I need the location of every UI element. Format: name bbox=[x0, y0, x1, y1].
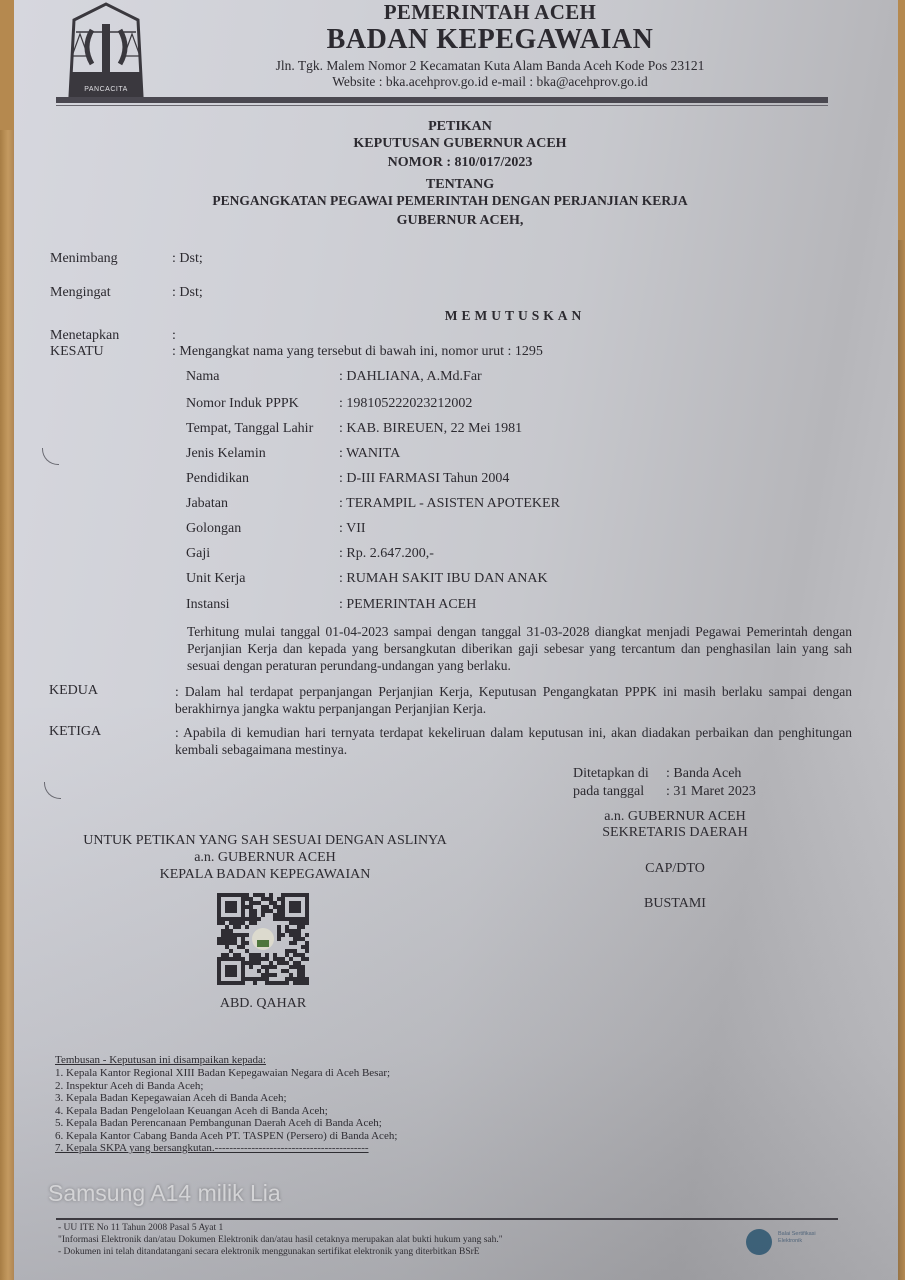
field-value: : KAB. BIREUEN, 22 Mei 1981 bbox=[339, 421, 522, 437]
decree-title: KEPUTUSAN GUBERNUR ACEH bbox=[260, 136, 660, 152]
decree-subject: PENGANGKATAN PEGAWAI PEMERINTAH DENGAN P… bbox=[140, 193, 760, 209]
government-name: PEMERINTAH ACEH bbox=[300, 0, 680, 25]
field-label: Pendidikan bbox=[186, 471, 249, 487]
kesatu-label: KESATU bbox=[50, 344, 104, 360]
field-value: : TERAMPIL - ASISTEN APOTEKER bbox=[339, 496, 560, 512]
field-label: Nomor Induk PPPK bbox=[186, 396, 299, 412]
agency-address: Jln. Tgk. Malem Nomor 2 Kecamatan Kuta A… bbox=[200, 58, 780, 74]
mengingat-value: : Dst; bbox=[172, 285, 203, 301]
field-label: Instansi bbox=[186, 597, 230, 613]
decree-number: NOMOR : 810/017/2023 bbox=[260, 155, 660, 171]
mengingat-label: Mengingat bbox=[50, 285, 111, 301]
qr-code-icon bbox=[217, 893, 309, 985]
logo-label: PANCACITA bbox=[62, 86, 150, 93]
field-label: Jabatan bbox=[186, 496, 228, 512]
stamp-note: CAP/DTO bbox=[580, 861, 770, 877]
date-label: pada tanggal bbox=[573, 784, 644, 800]
letterhead-divider-thin bbox=[56, 105, 828, 106]
ketiga-text: : Apabila di kemudian hari ternyata terd… bbox=[175, 724, 852, 758]
field-label: Jenis Kelamin bbox=[186, 446, 266, 462]
field-value: : WANITA bbox=[339, 446, 400, 462]
bsre-logo-text: Balai Sertifikasi Elektronik bbox=[778, 1231, 838, 1245]
right-on-behalf: a.n. GUBERNUR ACEH bbox=[580, 809, 770, 825]
cc-item: 7. Kepala SKPA yang bersangkutan.-------… bbox=[55, 1142, 369, 1155]
footer-divider bbox=[56, 1218, 838, 1220]
date-value: : 31 Maret 2023 bbox=[666, 784, 756, 800]
bsre-logo-icon bbox=[746, 1229, 772, 1255]
cc-item: 6. Kepala Kantor Cabang Banda Aceh PT. T… bbox=[55, 1130, 397, 1143]
menimbang-label: Menimbang bbox=[50, 251, 118, 267]
menetapkan-label: Menetapkan bbox=[50, 328, 119, 344]
field-label: Unit Kerja bbox=[186, 571, 245, 587]
memutuskan-heading: MEMUTUSKAN bbox=[260, 308, 770, 324]
field-label: Nama bbox=[186, 369, 219, 385]
camera-watermark: Samsung A14 milik Lia bbox=[48, 1180, 281, 1207]
cc-item: 5. Kepala Badan Perencanaan Pembangunan … bbox=[55, 1117, 382, 1130]
menimbang-value: : Dst; bbox=[172, 251, 203, 267]
right-position: SEKRETARIS DAERAH bbox=[580, 825, 770, 841]
cc-heading: Tembusan - Keputusan ini disampaikan kep… bbox=[55, 1054, 266, 1067]
field-label: Golongan bbox=[186, 521, 241, 537]
decree-issuer: GUBERNUR ACEH, bbox=[260, 213, 660, 229]
footer-esign-note: - Dokumen ini telah ditandatangani secar… bbox=[58, 1247, 480, 1257]
footer-quote: "Informasi Elektronik dan/atau Dokumen E… bbox=[58, 1235, 503, 1245]
kedua-text: : Dalam hal terdapat perpanjangan Perjan… bbox=[175, 683, 852, 717]
agency-name: BADAN KEPEGAWAIAN bbox=[260, 24, 720, 56]
kesatu-paragraph: Terhitung mulai tanggal 01-04-2023 sampa… bbox=[187, 623, 852, 674]
field-value: : VII bbox=[339, 521, 366, 537]
cc-item: 2. Inspektur Aceh di Banda Aceh; bbox=[55, 1080, 203, 1093]
right-signer-name: BUSTAMI bbox=[580, 896, 770, 912]
place-value: : Banda Aceh bbox=[666, 766, 741, 782]
ketiga-label: KETIGA bbox=[49, 724, 101, 740]
field-value: : PEMERINTAH ACEH bbox=[339, 597, 476, 613]
left-on-behalf: a.n. GUBERNUR ACEH bbox=[55, 850, 475, 866]
footer-law: - UU ITE No 11 Tahun 2008 Pasal 5 Ayat 1 bbox=[58, 1223, 223, 1233]
certification-statement: UNTUK PETIKAN YANG SAH SESUAI DENGAN ASL… bbox=[55, 833, 475, 849]
left-position: KEPALA BADAN KEPEGAWAIAN bbox=[55, 867, 475, 883]
field-value: : 198105222023212002 bbox=[339, 396, 472, 412]
agency-contact: Website : bka.acehprov.go.id e-mail : bk… bbox=[200, 74, 780, 90]
field-label: Tempat, Tanggal Lahir bbox=[186, 421, 313, 437]
tentang-label: TENTANG bbox=[260, 177, 660, 193]
field-value: : DAHLIANA, A.Md.Far bbox=[339, 369, 482, 385]
doc-type: PETIKAN bbox=[260, 119, 660, 135]
field-value: : D-III FARMASI Tahun 2004 bbox=[339, 471, 509, 487]
cc-item: 4. Kepala Badan Pengelolaan Keuangan Ace… bbox=[55, 1105, 328, 1118]
cc-item: 3. Kepala Badan Kepegawaian Aceh di Band… bbox=[55, 1092, 287, 1105]
field-value: : Rp. 2.647.200,- bbox=[339, 546, 434, 562]
pancacita-logo-icon: PANCACITA bbox=[62, 2, 150, 98]
field-value: : RUMAH SAKIT IBU DAN ANAK bbox=[339, 571, 548, 587]
place-label: Ditetapkan di bbox=[573, 766, 649, 782]
left-signer-name: ABD. QAHAR bbox=[163, 996, 363, 1012]
kesatu-text: : Mengangkat nama yang tersebut di bawah… bbox=[172, 344, 543, 360]
letterhead-divider bbox=[56, 97, 828, 103]
field-label: Gaji bbox=[186, 546, 210, 562]
menetapkan-colon: : bbox=[172, 328, 176, 344]
kedua-label: KEDUA bbox=[49, 683, 98, 699]
cc-item: 1. Kepala Kantor Regional XIII Badan Kep… bbox=[55, 1067, 390, 1080]
